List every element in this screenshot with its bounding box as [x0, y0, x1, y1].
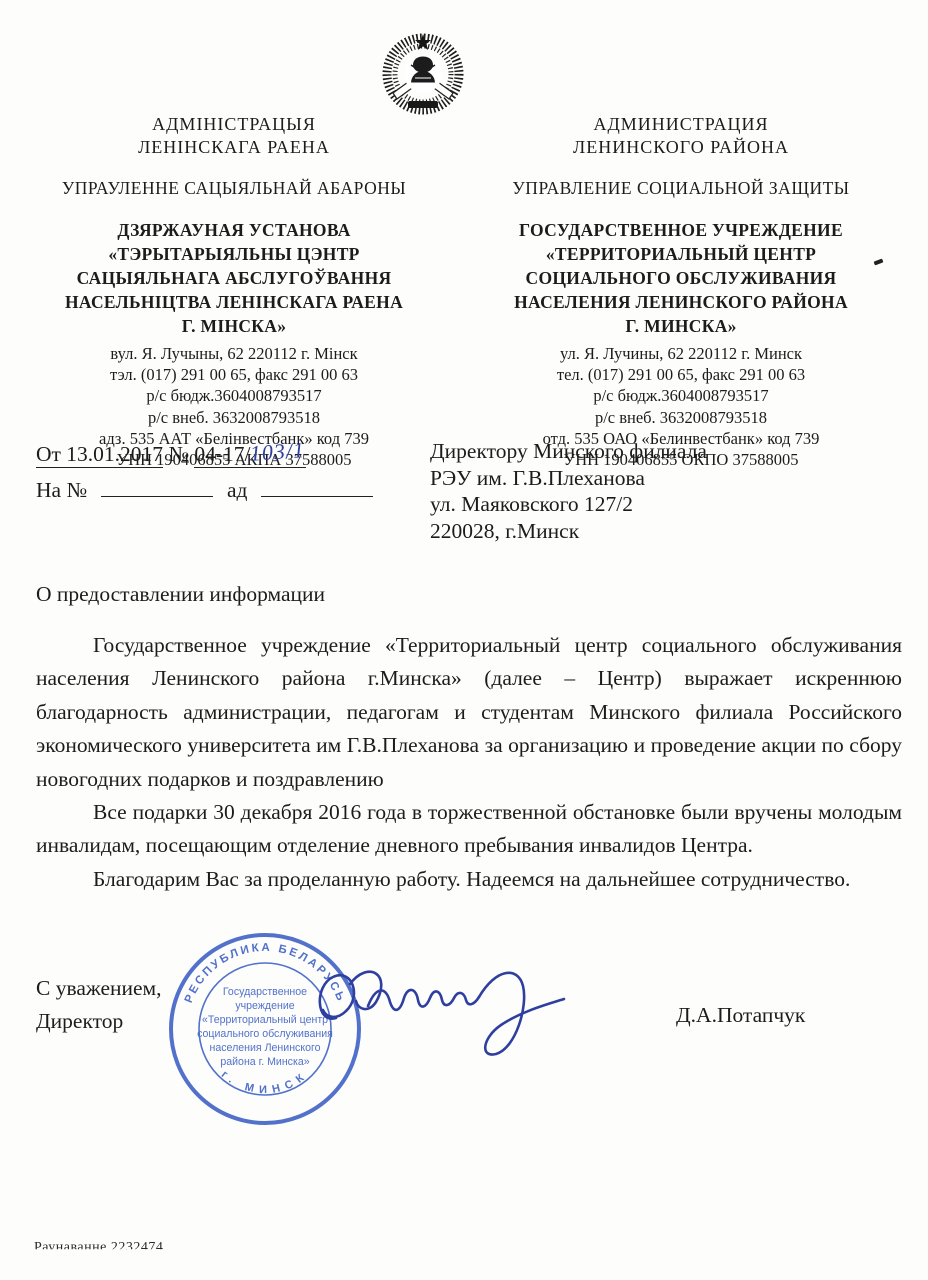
number-sign: № [168, 442, 189, 466]
addressee-line: РЭУ им. Г.В.Плеханова [430, 465, 860, 492]
letterhead-belarusian: АДМІНІСТРАЦЫЯ ЛЕНІНСКАГА РАЕНА УПРАУЛЕНН… [30, 113, 438, 470]
handwritten-number: 103/1 [249, 437, 306, 467]
body-paragraph: Благодарим Вас за проделанную работу. На… [36, 863, 902, 896]
addressee-line: 220028, г.Минск [430, 518, 860, 545]
reply-number-blank [101, 478, 213, 497]
reference-block: От 13.01.2017 № 04-17/103/1 На №ад [36, 441, 436, 503]
letter-body: Государственное учреждение «Территориаль… [36, 629, 902, 896]
svg-text:населения Ленинского: населения Ленинского [209, 1042, 320, 1054]
addressee-line: ул. Маяковского 127/2 [430, 491, 860, 518]
signoff-title: Директор [36, 1005, 162, 1038]
department-ru: УПРАВЛЕНИЕ СОЦИАЛЬНОЙ ЗАЩИТЫ [474, 178, 888, 199]
reply-date-blank [261, 478, 373, 497]
letter-date: От 13.01.2017 [36, 442, 163, 468]
print-order-code: Раунаванне 2232474 [34, 1240, 163, 1256]
svg-text:Государственное: Государственное [223, 986, 307, 998]
addressee-line: Директору Минского филиала [430, 438, 860, 465]
letter-number: 04-17/103/1 [194, 442, 305, 468]
director-signature-icon [306, 952, 586, 1077]
letterhead-russian: АДМИНИСТРАЦИЯ ЛЕНИНСКОГО РАЙОНА УПРАВЛЕН… [474, 113, 888, 470]
incoming-reference-line: На №ад [36, 478, 436, 503]
body-paragraph: Государственное учреждение «Территориаль… [36, 629, 902, 796]
svg-text:района г. Минска»: района г. Минска» [220, 1056, 309, 1068]
org-name-by: АДМІНІСТРАЦЫЯ ЛЕНІНСКАГА РАЕНА [30, 113, 438, 159]
belarus-coat-of-arms-icon [381, 31, 465, 115]
subject-line: О предоставлении информации [36, 582, 325, 607]
signoff-block: С уважением, Директор [36, 972, 162, 1038]
org-name-ru: АДМИНИСТРАЦИЯ ЛЕНИНСКОГО РАЙОНА [474, 113, 888, 159]
svg-text:учреждение: учреждение [235, 1000, 294, 1012]
stamp-arc-bottom: г. МИНСК [219, 1068, 311, 1096]
outgoing-reference-line: От 13.01.2017 № 04-17/103/1 [36, 441, 436, 467]
institution-by: ДЗЯРЖАУНАЯ УСТАНОВА «ТЭРЫТАРЫЯЛЬНЫ ЦЭНТР… [30, 218, 438, 338]
institution-ru: ГОСУДАРСТВЕННОЕ УЧРЕЖДЕНИЕ «ТЕРРИТОРИАЛЬ… [474, 218, 888, 338]
org-line1: АДМІНІСТРАЦЫЯ [30, 113, 438, 136]
department-by: УПРАУЛЕННЕ САЦЫЯЛЬНАЙ АБАРОНЫ [30, 178, 438, 199]
addressee-block: Директору Минского филиала РЭУ им. Г.В.П… [430, 438, 860, 544]
director-name: Д.А.Потапчук [676, 1003, 805, 1028]
signoff-regards: С уважением, [36, 972, 162, 1005]
org-line2: ЛЕНІНСКАГА РАЕНА [30, 136, 438, 159]
body-paragraph: Все подарки 30 декабря 2016 года в торже… [36, 796, 902, 863]
scanned-letter-page: АДМІНІСТРАЦЫЯ ЛЕНІНСКАГА РАЕНА УПРАУЛЕНН… [0, 0, 928, 1280]
